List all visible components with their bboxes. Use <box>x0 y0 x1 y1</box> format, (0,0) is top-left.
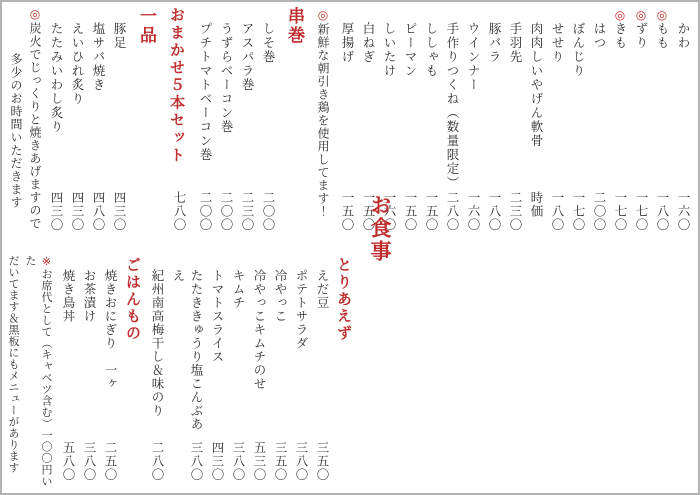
menu-item: えだ豆 三五〇 <box>313 251 331 493</box>
item-price: 三五〇 <box>313 441 331 482</box>
item-name: ししゃも <box>422 7 440 191</box>
gohanmono-item-list: 焼きおにぎり 一ヶ 二五〇 お茶漬け 三八〇 焼き鳥丼 五八〇 <box>59 251 119 493</box>
recommended-circle-mark: ◎ <box>634 8 648 22</box>
item-price: 二八〇 <box>148 441 166 482</box>
item-price: 一七〇 <box>632 191 650 232</box>
item-price: 一七〇 <box>569 191 587 232</box>
ippin-item-list: 豚足 四三〇 塩サバ焼き 四八〇 えいひれ炙り 四三〇 たたみいわし炙 <box>47 7 128 249</box>
item-name: プチトマトベーコン巻 <box>196 7 214 191</box>
item-name: キムチ <box>229 251 247 441</box>
charcoal-time-note: ◎炭火でじっくりと焼きあげますので 多少のお時間いただきます <box>8 7 44 249</box>
gohanmono-section-heading: ごはんもの <box>123 251 144 441</box>
menu-item: ◎ もも 一八〇 <box>653 7 671 249</box>
item-name: はつ <box>590 7 608 191</box>
menu-item: 冷やっこ 三五〇 <box>271 251 289 493</box>
item-price: 四三〇 <box>68 191 86 232</box>
item-name: ぼんじり <box>569 7 587 191</box>
oshokuji-section-heading: お食事 <box>365 194 395 263</box>
seat-note-text1: お席代として（キャベツ含む）一〇〇円いた <box>24 255 53 487</box>
menu-item: 焼き鳥丼 五八〇 <box>59 251 77 493</box>
menu-item: 紀州南高梅干し＆味のり 二八〇 <box>148 251 166 493</box>
item-price: 一六〇 <box>464 191 482 232</box>
kushimaki-section: 串巻 しそ巻 二〇〇 アスパラ巻 二三〇 うずらベーコン巻 <box>196 7 307 249</box>
menu-item: ししゃも 一五〇 <box>422 7 440 249</box>
menu-item: 厚揚げ 一五〇 <box>338 7 356 249</box>
gohanmono-heading-column: ごはんもの <box>123 251 144 493</box>
bottom-band: お食事 とりあえず えだ豆 三五〇 ポテトサラダ 三八〇 <box>2 249 401 493</box>
item-name: たたみいわし炙り <box>47 7 65 191</box>
menu-item: 冷やっこキムチのせ 五三〇 <box>250 251 268 493</box>
item-name: 手羽先 <box>506 7 524 191</box>
seat-note-text2: だいてます＆黒板にもメニューがあります <box>5 255 21 474</box>
charcoal-note-line1: ◎炭火でじっくりと焼きあげますので <box>27 7 44 249</box>
kushimaki-section-heading: 串巻 <box>282 7 307 191</box>
gohanmono-section: ごはんもの 焼きおにぎり 一ヶ 二五〇 お茶漬け 三八〇 焼き鳥丼 <box>59 251 144 493</box>
menu-item: お茶漬け 三八〇 <box>80 251 98 493</box>
menu-item: えいひれ炙り 四三〇 <box>68 7 86 249</box>
fresh-chicken-note: ◎新鮮な朝引き鶏を使用してます！ <box>315 7 332 249</box>
item-price: 一五〇 <box>338 191 356 232</box>
item-name: 紀州南高梅干し＆味のり <box>148 251 166 441</box>
menu-item: しそ巻 二〇〇 <box>259 7 277 249</box>
seat-note-line1: ※お席代として（キャベツ含む）一〇〇円いた <box>22 251 54 493</box>
top-band: 串 （税込） かわ 一六〇 ◎ もも 一八〇 <box>2 2 700 249</box>
charcoal-note-text2: 多少のお時間いただきます <box>8 53 25 209</box>
item-name: きも <box>611 7 629 191</box>
menu-item: ぼんじり 一七〇 <box>569 7 587 249</box>
note-text: ◎新鮮な朝引き鶏を使用してます！ <box>315 8 332 218</box>
item-price: 五三〇 <box>250 441 268 482</box>
kushimaki-item-list: しそ巻 二〇〇 アスパラ巻 二三〇 うずらベーコン巻 二〇〇 プチトマ <box>196 7 277 249</box>
item-name: ウインナー <box>464 7 482 191</box>
item-price: 一七〇 <box>611 191 629 232</box>
item-name: えだ豆 <box>313 251 331 441</box>
izakaya-menu-page: 串 （税込） かわ 一六〇 ◎ もも 一八〇 <box>0 0 700 495</box>
menu-item: ピーマン 一五〇 <box>401 7 419 249</box>
oshokuji-heading-column: お食事 <box>365 251 395 493</box>
menu-item: ◎ きも 一七〇 <box>611 7 629 249</box>
item-name: うずらベーコン巻 <box>217 7 235 191</box>
item-name: 豚足 <box>110 7 128 191</box>
toriaezu-item-list: えだ豆 三五〇 ポテトサラダ 三八〇 冷やっこ 三五〇 冷やっこキムチ <box>148 251 331 493</box>
item-name: ずり <box>632 7 650 191</box>
item-name: 手作りつくね（数量限定） <box>443 7 461 191</box>
toriaezu-section-heading: とりあえず <box>334 251 355 441</box>
item-price: 三五〇 <box>271 441 289 482</box>
menu-item: キムチ 三八〇 <box>229 251 247 493</box>
item-name: しそ巻 <box>259 7 277 191</box>
omakase-set-heading: おまかせ５本セット <box>167 7 188 191</box>
item-price: 二〇〇 <box>259 191 277 232</box>
menu-item: はつ 二〇〇 <box>590 7 608 249</box>
item-price: 一五〇 <box>422 191 440 232</box>
item-price: 二〇〇 <box>196 191 214 232</box>
ippin-heading-column: 一品 <box>134 7 159 249</box>
item-price: 二五〇 <box>101 441 119 482</box>
reference-mark: ※ <box>40 255 53 269</box>
menu-item: 塩サバ焼き 四八〇 <box>89 7 107 249</box>
item-price: 五八〇 <box>59 441 77 482</box>
menu-item: 豚足 四三〇 <box>110 7 128 249</box>
ippin-section-heading: 一品 <box>134 7 159 191</box>
item-name: 冷やっこ <box>271 251 289 441</box>
menu-item: アスパラ巻 二三〇 <box>238 7 256 249</box>
menu-item: 豚バラ 一八〇 <box>485 7 503 249</box>
item-price: 二八〇 <box>443 191 461 232</box>
menu-item: 手作りつくね（数量限定） 二八〇 <box>443 7 461 249</box>
menu-item: トマトスライス 四三〇 <box>208 251 226 493</box>
item-price: 二三〇 <box>238 191 256 232</box>
kushimaki-heading-column: 串巻 <box>282 7 307 249</box>
item-price: 四三〇 <box>110 191 128 232</box>
item-price: 一六〇 <box>674 191 692 232</box>
menu-item: ◎ ずり 一七〇 <box>632 7 650 249</box>
item-price: 時価 <box>527 191 545 218</box>
item-name: たたききゅうり塩こんぶあえ <box>169 251 205 441</box>
menu-item: かわ 一六〇 <box>674 7 692 249</box>
item-name: しいたけ <box>380 7 398 191</box>
item-name: かわ <box>674 7 692 191</box>
item-name: 肉肉しいやげん軟骨 <box>527 7 545 191</box>
menu-item: ウインナー 一六〇 <box>464 7 482 249</box>
item-price: 三八〇 <box>169 441 205 482</box>
item-name: もも <box>653 7 671 191</box>
circle-mark: ◎ <box>28 7 42 22</box>
item-price: 三八〇 <box>292 441 310 482</box>
item-price: 四三〇 <box>47 191 65 232</box>
recommended-circle-mark: ◎ <box>613 8 627 22</box>
recommended-circle-mark: ◎ <box>655 8 669 22</box>
toriaezu-heading-column: とりあえず <box>334 251 355 493</box>
menu-item: 手羽先 二三〇 <box>506 7 524 249</box>
item-name: ピーマン <box>401 7 419 191</box>
menu-item: ポテトサラダ 三八〇 <box>292 251 310 493</box>
menu-item: 焼きおにぎり 一ヶ 二五〇 <box>101 251 119 493</box>
item-name: 焼き鳥丼 <box>59 251 77 441</box>
omakase-set-price: 七八〇 <box>167 191 188 232</box>
item-name: 豚バラ <box>485 7 503 191</box>
charcoal-note-line2: 多少のお時間いただきます <box>8 7 25 249</box>
item-price: 四八〇 <box>89 191 107 232</box>
item-price: 三八〇 <box>80 441 98 482</box>
menu-item: うずらベーコン巻 二〇〇 <box>217 7 235 249</box>
item-price: 二三〇 <box>506 191 524 232</box>
charcoal-note-text1: 炭火でじっくりと焼きあげますので <box>28 22 42 230</box>
item-price: 二〇〇 <box>217 191 235 232</box>
menu-item: たたききゅうり塩こんぶあえ 三八〇 <box>169 251 205 493</box>
circle-mark: ◎ <box>316 8 330 23</box>
seat-charge-note: ※お席代として（キャベツ含む）一〇〇円いた だいてます＆黒板にもメニューがありま… <box>5 251 54 493</box>
menu-item: 肉肉しいやげん軟骨 時価 <box>527 7 545 249</box>
note-text: ※お席代として（キャベツ含む）一〇〇円いた <box>22 255 54 493</box>
note-text: ◎炭火でじっくりと焼きあげますので <box>27 7 44 230</box>
toriaezu-section: とりあえず えだ豆 三五〇 ポテトサラダ 三八〇 冷やっこ <box>148 251 355 493</box>
item-name: お茶漬け <box>80 251 98 441</box>
item-name: えいひれ炙り <box>68 7 86 191</box>
item-name: トマトスライス <box>208 251 226 441</box>
item-price: 一八〇 <box>548 191 566 232</box>
item-price: 三八〇 <box>229 441 247 482</box>
seat-note-line2: だいてます＆黒板にもメニューがあります <box>5 251 21 493</box>
omakase-set-column: おまかせ５本セット 七八〇 <box>167 7 188 249</box>
item-name: せせり <box>548 7 566 191</box>
ippin-section: 一品 豚足 四三〇 塩サバ焼き 四八〇 えいひれ炙り <box>47 7 159 249</box>
item-name: 厚揚げ <box>338 7 356 191</box>
menu-item: せせり 一八〇 <box>548 7 566 249</box>
item-name: 焼きおにぎり 一ヶ <box>101 251 119 441</box>
menu-item: たたみいわし炙り 四三〇 <box>47 7 65 249</box>
item-name: 塩サバ焼き <box>89 7 107 191</box>
fresh-note-text: 新鮮な朝引き鶏を使用してます！ <box>316 23 330 218</box>
item-name: 白ねぎ <box>359 7 377 191</box>
item-name: ポテトサラダ <box>292 251 310 441</box>
item-name: アスパラ巻 <box>238 7 256 191</box>
item-price: 二〇〇 <box>590 191 608 232</box>
item-price: 四三〇 <box>208 441 226 482</box>
menu-item: プチトマトベーコン巻 二〇〇 <box>196 7 214 249</box>
item-price: 一八〇 <box>485 191 503 232</box>
item-price: 一五〇 <box>401 191 419 232</box>
item-price: 一八〇 <box>653 191 671 232</box>
item-name: 冷やっこキムチのせ <box>250 251 268 441</box>
